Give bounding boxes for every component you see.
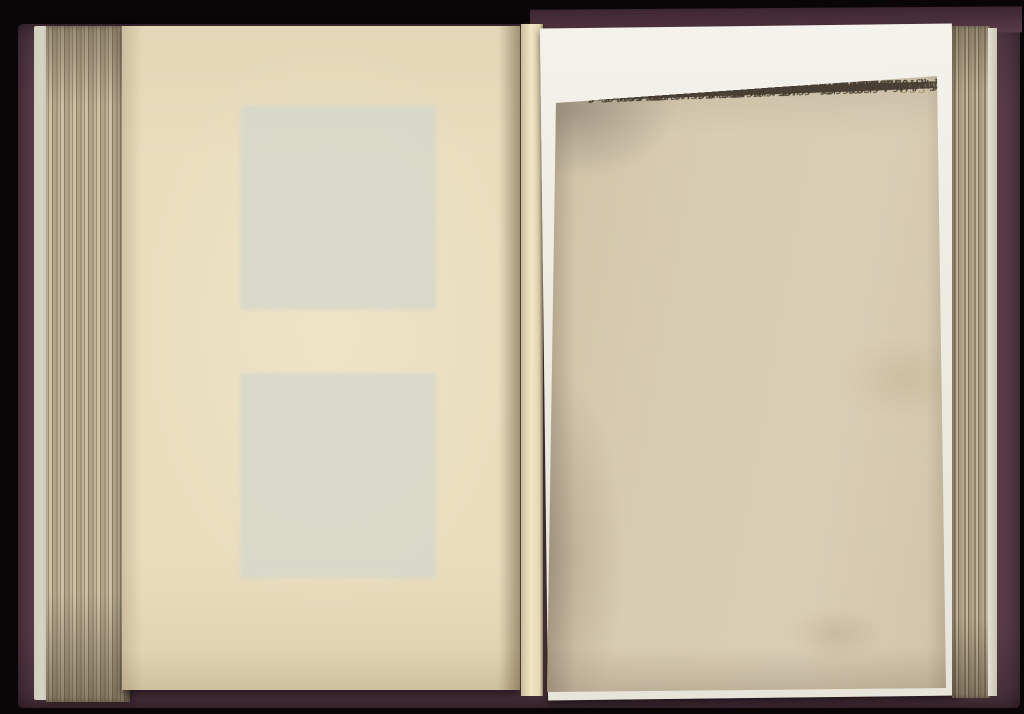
right-page-edges	[952, 26, 990, 698]
gutter-shadow	[498, 26, 522, 690]
right-endpaper-edge	[988, 28, 997, 696]
paste-residue-bottom	[240, 373, 436, 578]
left-page-edges	[46, 26, 130, 702]
gutter-fold	[521, 24, 543, 696]
manuscript-page: 335 Postscript. One of ye Notes above me…	[543, 58, 951, 698]
left-blank-page	[122, 26, 520, 690]
paste-residue-top	[240, 105, 436, 310]
photograph-of-open-book: 335 Postscript. One of ye Notes above me…	[0, 0, 1024, 714]
